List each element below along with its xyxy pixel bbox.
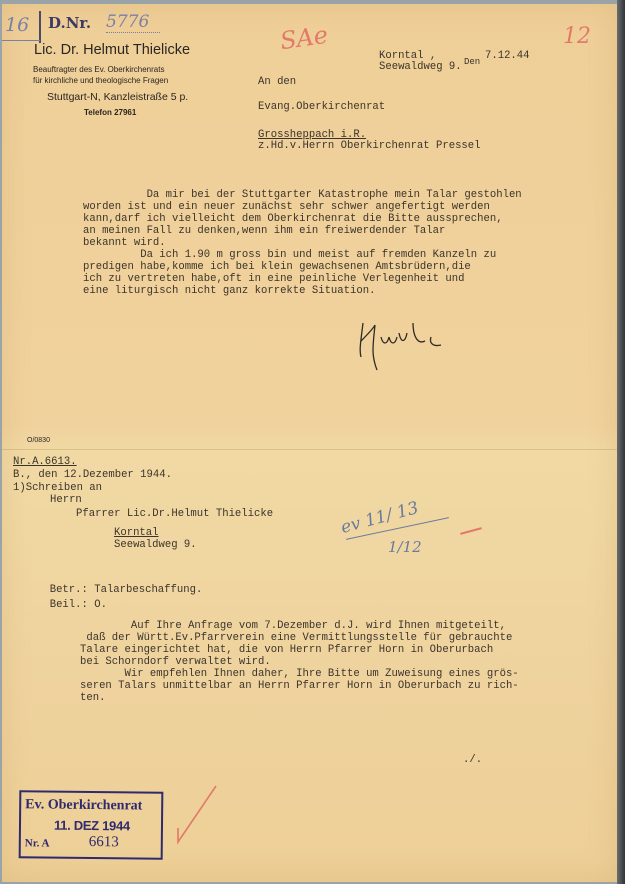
reply-body-line: bei Schorndorf verwaltet wird. [80,656,519,668]
letter-body-line: bekannt wird. [83,237,522,249]
folio-divider [39,11,41,43]
stamp-date: 11. DEZ 1944 [54,818,130,834]
letter-body-line: ich zu vertreten habe,oft in eine peinli… [83,273,522,285]
form-code: O/0830 [27,437,50,444]
letterhead-address: Stuttgart-N, Kanzleistraße 5 p. [47,91,188,103]
letter-body-line: kann,darf ich vielleicht dem Oberkirchen… [83,213,522,225]
end-mark: ./. [463,754,482,766]
folio-underline [2,40,40,41]
red-check-icon [172,780,222,850]
folio-number: 16 [5,14,29,36]
letter-body-line: worden ist und ein neuer zunächst sehr s… [83,201,522,213]
reply-body-line: Talare eingerichtet hat, die von Herrn P… [80,644,519,656]
reply-instruction: 1)Schreiben an [13,482,102,494]
reply-body: Auf Ihre Anfrage vom 7.Dezember d.J. wir… [80,620,519,704]
reply-date-line: B., den 12.Dezember 1944. [13,469,172,481]
reply-street: Seewaldweg 9. [114,539,197,551]
recipient-line4: z.Hd.v.Herrn Oberkirchenrat Pressel [258,140,481,152]
reply-city: Korntal [114,527,159,539]
letter-body-line: predigen habe,komme ich bei klein gewach… [83,261,522,273]
blue-pencil-note-line2: 1/12 [388,538,422,556]
stamp-number-label: Nr. A [25,837,50,849]
subject-value: Talarbeschaffung. [94,584,202,596]
stamp-office: Ev. Oberkirchenrat [25,797,142,814]
letterhead-name: Lic. Dr. Helmut Thielicke [34,42,190,58]
reply-reference: Nr.A.6613. [13,456,77,468]
reply-addressee: Pfarrer Lic.Dr.Helmut Thielicke [76,508,273,520]
reply-salutation: Herrn [50,494,82,506]
letter-date: 7.12.44 [485,50,530,62]
enclosure-value: O. [94,599,107,611]
enclosure-line: Beil.: O. [37,587,107,611]
date-prefix: Den [464,56,480,68]
reply-body-line: seren Talars unmittelbar an Herrn Pfarre… [80,680,519,692]
page-fold-line [2,449,617,450]
scanner-edge [617,0,625,884]
recipient-line2: Evang.Oberkirchenrat [258,101,385,113]
reply-body-line: ten. [80,692,519,704]
letter-body-line: Da mir bei der Stuttgarter Katastrophe m… [83,189,522,201]
letterhead-role-line1: Beauftragter des Ev. Oberkirchenrats [33,65,164,74]
letter-body: Da mir bei der Stuttgarter Katastrophe m… [83,189,522,297]
reply-body-line: Auf Ihre Anfrage vom 7.Dezember d.J. wir… [80,620,519,632]
sender-street: Seewaldweg 9. [379,61,462,73]
letterhead-role-line2: für kirchliche und theologische Fragen [33,76,168,85]
receipt-stamp: Ev. Oberkirchenrat 11. DEZ 1944 Nr. A 66… [19,790,164,860]
letterhead-telephone: Telefon 27961 [84,108,136,117]
red-pencil-number: 12 [563,24,591,49]
recipient-line1: An den [258,76,296,88]
register-number: 5776 [106,12,160,33]
stamp-number: 6613 [89,834,119,851]
reply-body-line: daß der Württ.Ev.Pfarrverein eine Vermit… [80,632,519,644]
letter-body-line: Da ich 1.90 m gross bin und meist auf fr… [83,249,522,261]
register-label: D.Nr. [48,14,91,32]
letter-body-line: eine liturgisch nicht ganz korrekte Situ… [83,285,522,297]
enclosure-label: Beil.: [50,599,88,611]
letter-body-line: an meinen Fall zu denken,wenn ihm ein fr… [83,225,522,237]
reply-body-line: Wir empfehlen Ihnen daher, Ihre Bitte um… [80,668,519,680]
handwritten-signature [355,315,495,375]
